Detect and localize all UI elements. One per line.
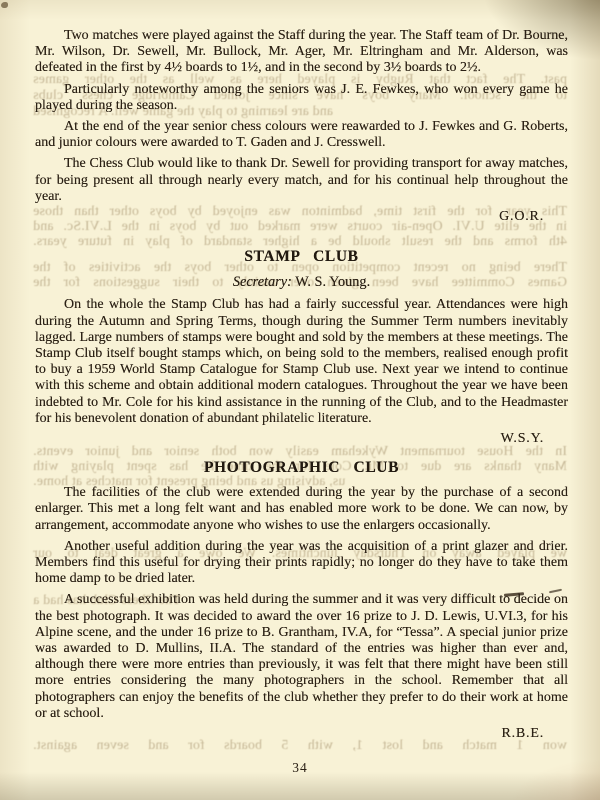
paragraph: A successful exhibition was held during … bbox=[35, 592, 568, 722]
secretary-name: W. S. Young. bbox=[295, 274, 370, 290]
scanned-page: past. The fact that Rugby is played here… bbox=[0, 0, 600, 800]
chess-club-section: Two matches were played against the Staf… bbox=[35, 28, 568, 225]
paragraph: Particularly noteworthy among the senior… bbox=[35, 82, 568, 114]
section-title: STAMP CLUB bbox=[35, 249, 568, 265]
photographic-club-section: PHOTOGRAPHIC CLUB The facilities of the … bbox=[35, 460, 568, 742]
author-initials: W.S.Y. bbox=[35, 431, 568, 447]
secretary-label: Secretary: bbox=[233, 274, 292, 290]
secretary-line: Secretary: W. S. Young. bbox=[35, 274, 568, 290]
paragraph: Two matches were played against the Staf… bbox=[35, 28, 568, 77]
ghost-text-line: 4th forms and the result should be a hig… bbox=[33, 233, 567, 248]
stamp-club-section: STAMP CLUB Secretary: W. S. Young. On th… bbox=[35, 249, 568, 447]
paragraph: Another useful addition during the year … bbox=[35, 539, 568, 588]
author-initials: R.B.E. bbox=[35, 726, 568, 742]
paragraph: At the end of the year senior chess colo… bbox=[35, 119, 568, 151]
scan-speck bbox=[1, 2, 8, 8]
page-number: 34 bbox=[0, 760, 600, 776]
paragraph: The facilities of the club were extended… bbox=[35, 485, 568, 534]
paragraph: The Chess Club would like to thank Dr. S… bbox=[35, 156, 568, 205]
paragraph: On the whole the Stamp Club has had a fa… bbox=[35, 297, 568, 427]
section-title: PHOTOGRAPHIC CLUB bbox=[35, 460, 568, 476]
author-initials: G.O.R. bbox=[35, 209, 568, 225]
